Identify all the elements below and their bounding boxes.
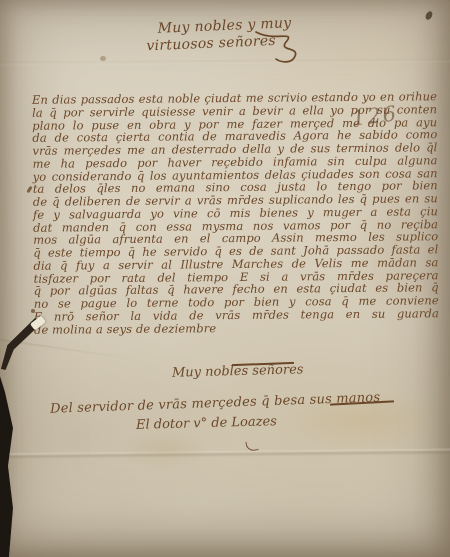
manuscript-dateline: de molina a seys de deziembre	[34, 320, 439, 336]
paraph-flourish-icon	[252, 26, 310, 68]
ink-speck	[424, 10, 434, 21]
paper-stain	[120, 430, 210, 470]
flourish-mark	[245, 440, 258, 452]
paper-speck	[100, 56, 106, 61]
manuscript-scan: Muy nobles y muy virtuosos señores 126 E…	[0, 0, 450, 557]
fold-crease	[4, 449, 450, 460]
margin-mark	[26, 186, 32, 194]
letter-body: En dias passados esta noble çiudat me sc…	[32, 90, 439, 336]
paper-sheet: Muy nobles y muy virtuosos señores 126 E…	[0, 0, 450, 557]
corner-crease	[402, 0, 450, 23]
fold-crease	[0, 58, 450, 65]
signature: El dotor v° de Loazes	[136, 414, 277, 433]
